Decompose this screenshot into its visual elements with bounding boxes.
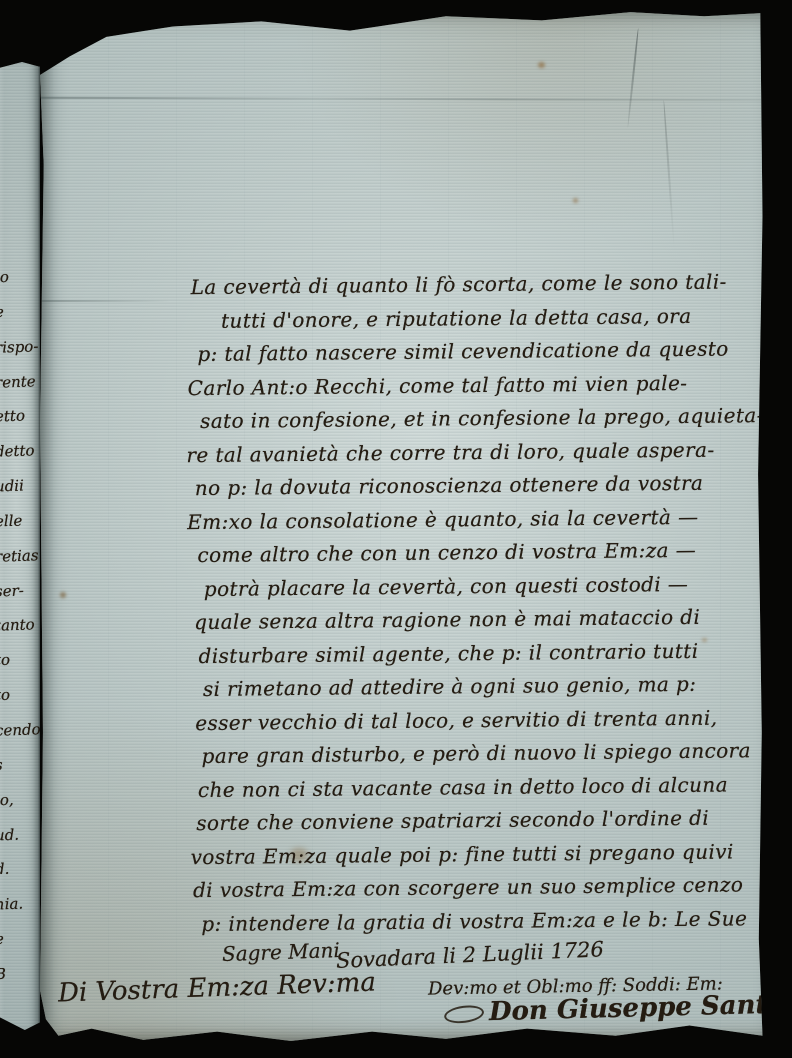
adjacent-page-fragments: lo e rispo- rente etto detto udii elle r… (0, 270, 40, 982)
text-fragment: to (0, 653, 10, 669)
text-fragment: d. (0, 862, 10, 877)
horizontal-fold-crease (40, 97, 778, 102)
text-fragment: io, (0, 792, 14, 808)
text-fragment: rispo- (0, 339, 39, 356)
text-fragment: hia. (0, 897, 23, 913)
text-fragment: cendo (0, 722, 40, 739)
manuscript-scan: lo e rispo- rente etto detto udii elle r… (0, 0, 792, 1058)
handwritten-line: no p: la dovuta riconoscienza ottenere d… (195, 466, 787, 506)
letter-page: La cevertà di quanto li fò scorta, come … (40, 10, 778, 1042)
adjacent-page-edge: lo e rispo- rente etto detto udii elle r… (0, 62, 40, 1030)
handwritten-line: p: tal fatto nascere simil cevendication… (197, 332, 785, 372)
text-fragment: s (0, 758, 3, 773)
text-fragment: udii (0, 479, 24, 495)
foxing-stain (538, 62, 545, 68)
closing-address-line: Di Vostra Em:za Rev:ma (58, 967, 377, 1008)
dateline: Sovadara li 2 Luglii 1726 (336, 937, 605, 973)
horizontal-fold-crease (40, 300, 170, 302)
text-fragment: to (0, 688, 10, 704)
handwritten-line: p: intendere la gratia di vostra Em:za e… (201, 901, 791, 941)
text-fragment: detto (0, 444, 35, 460)
text-fragment: tanto (0, 618, 35, 634)
handwritten-line: Em:xo la consolatione è quanto, sia la c… (187, 499, 787, 539)
text-fragment: B (0, 967, 6, 982)
letter-body: La cevertà di quanto li fò scorta, come … (185, 265, 792, 941)
text-fragment: e (0, 932, 4, 947)
vertical-wrinkle (627, 28, 639, 128)
text-fragment: retias (0, 548, 39, 565)
handwritten-line: La cevertà di quanto li fò scorta, come … (191, 265, 785, 305)
closing-hands-line: Sagre Mani (222, 938, 341, 966)
text-fragment: lo (0, 270, 9, 285)
handwritten-line: di vostra Em:za con scorgere un suo semp… (193, 868, 791, 908)
text-fragment: ser- (0, 583, 24, 599)
foxing-stain (60, 592, 66, 598)
handwritten-line: quale senza altra ragione non è mai mata… (194, 600, 788, 640)
text-fragment: etto (0, 409, 25, 425)
vertical-wrinkle (663, 100, 675, 250)
handwritten-line: sato in confesione, et in confesione la … (200, 399, 786, 439)
handwritten-line: sorte che conviene spatriarzi secondo l'… (196, 801, 790, 841)
handwritten-line: pare gran disturbo, e però di nuovo li s… (201, 734, 789, 774)
text-fragment: rente (0, 374, 36, 390)
foxing-stain (573, 198, 578, 203)
text-fragment: ud. (0, 827, 19, 843)
text-fragment: elle (0, 513, 23, 529)
text-fragment: e (0, 305, 4, 320)
page-fold-shadow (38, 62, 41, 1030)
